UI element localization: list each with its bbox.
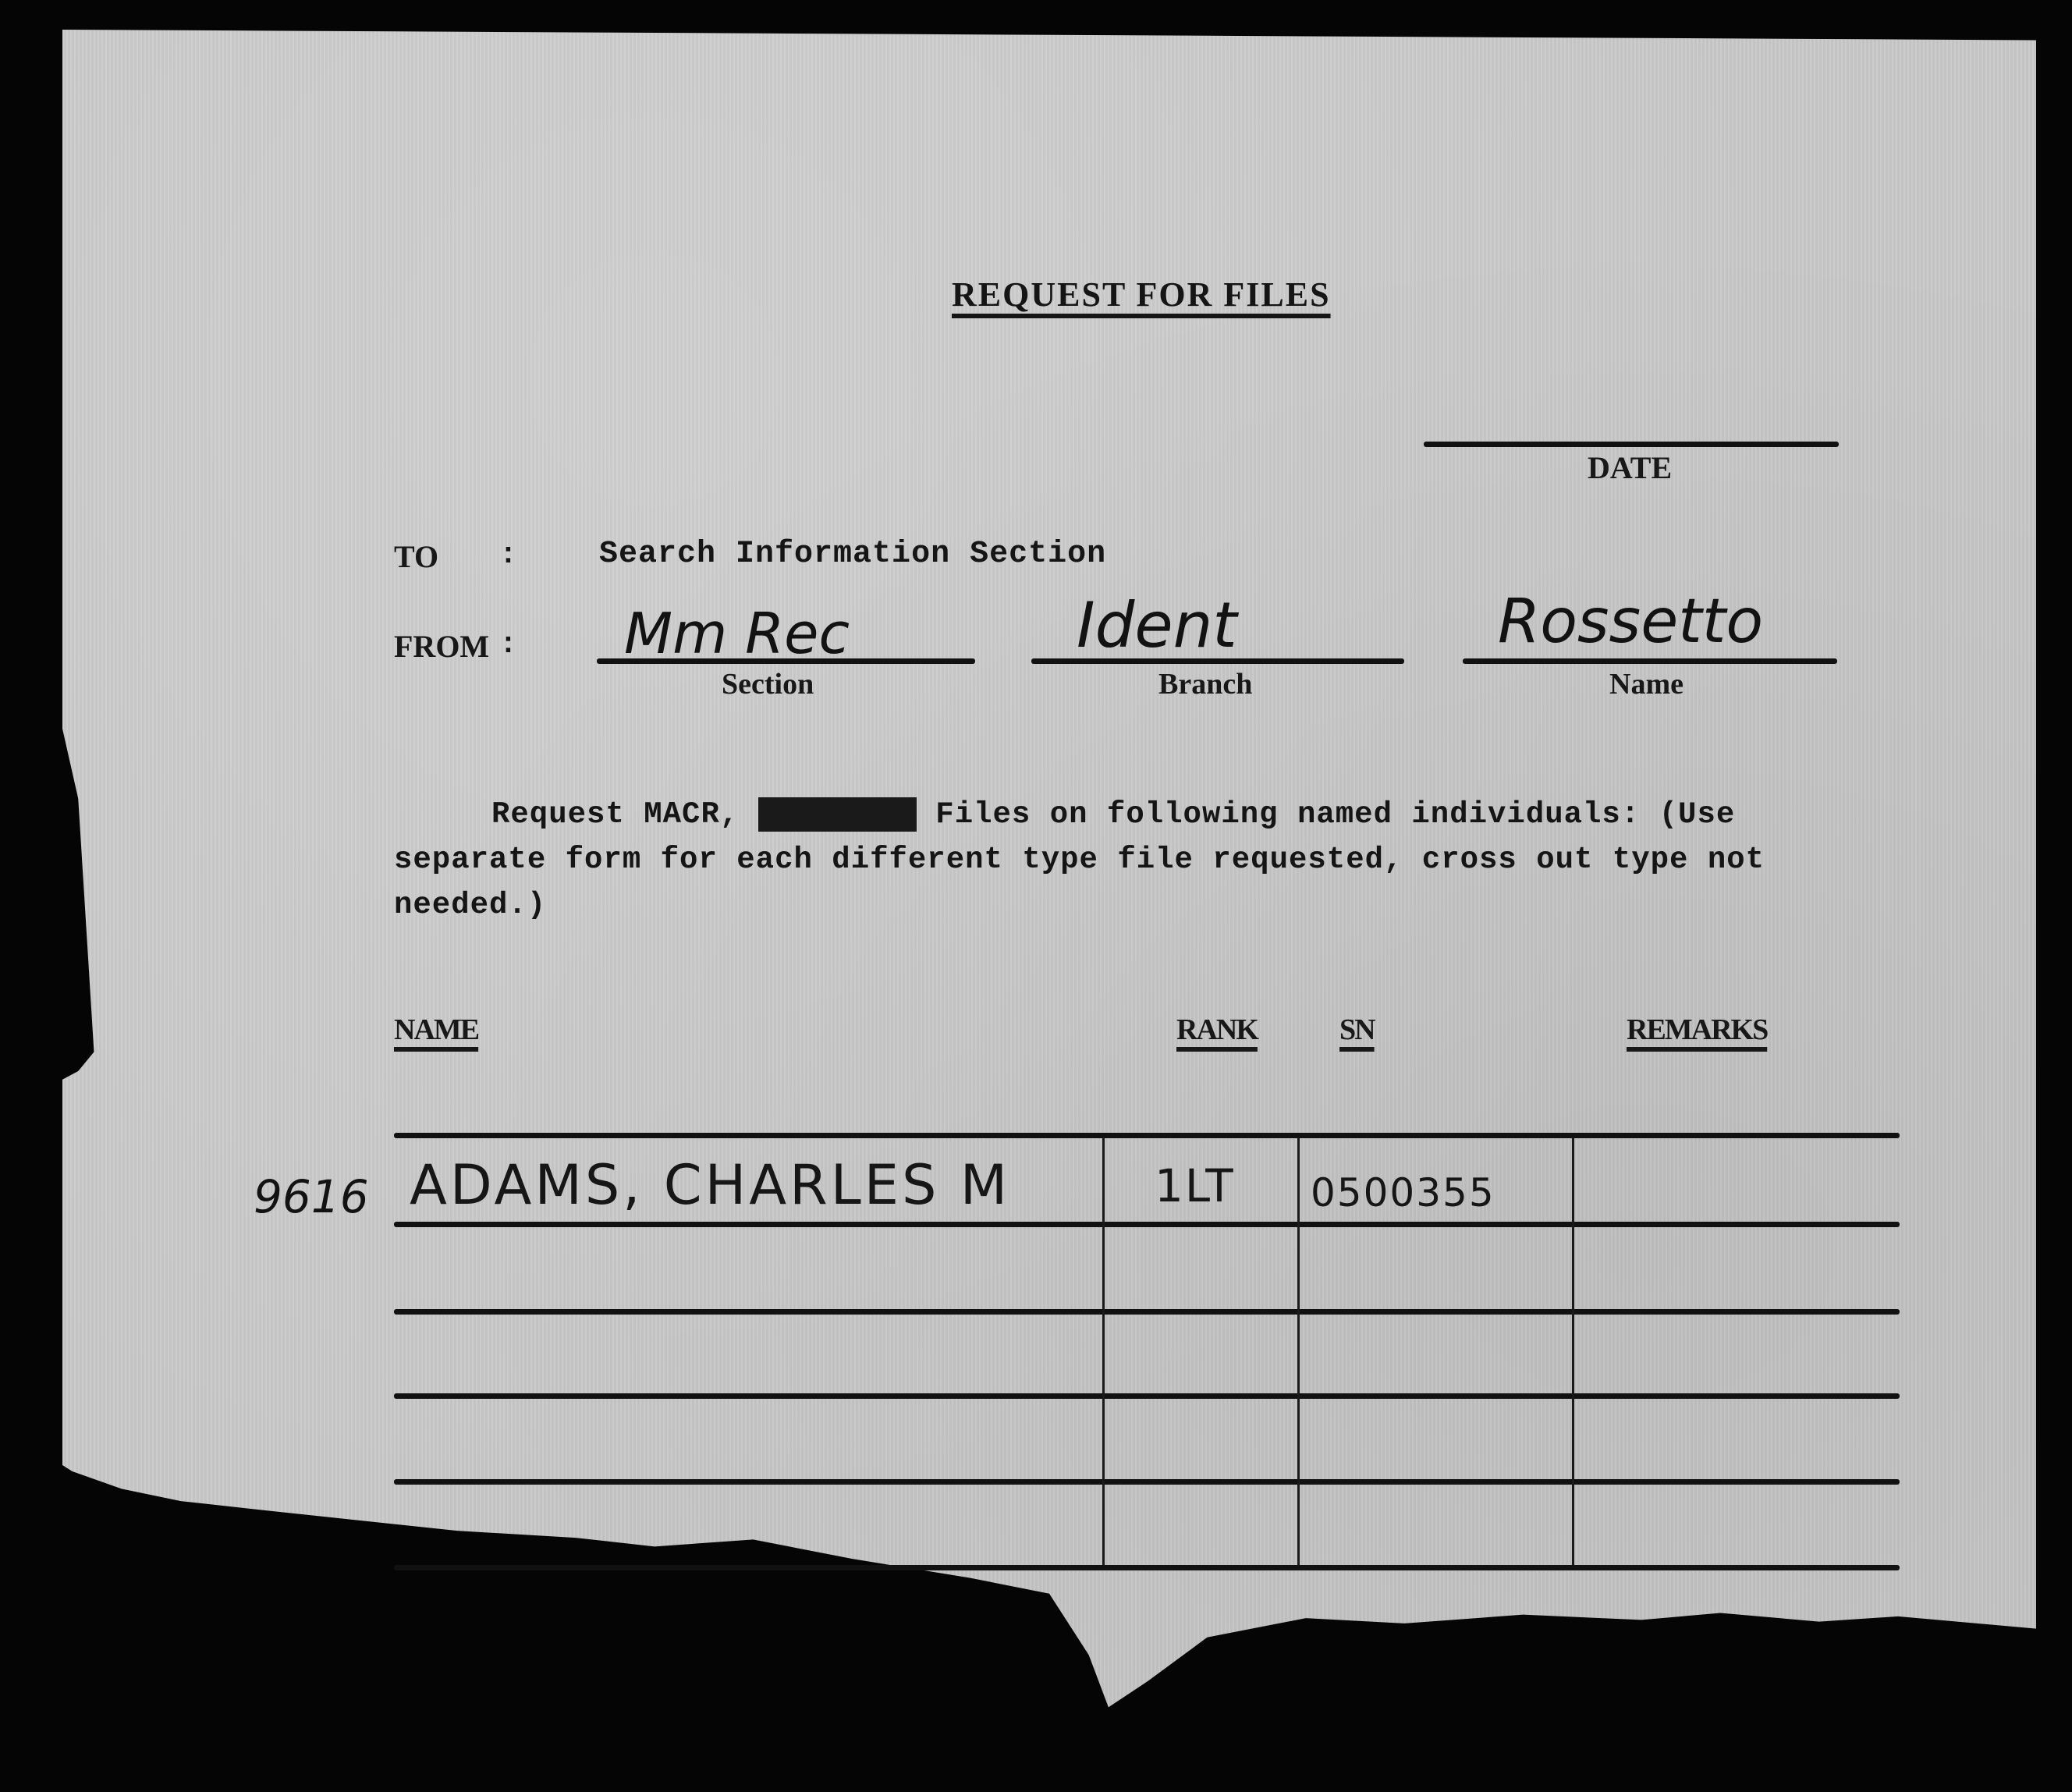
from-section-line (597, 658, 975, 664)
table-row[interactable] (394, 1485, 1900, 1565)
from-branch-label: Branch (1158, 667, 1252, 701)
form-title: REQUEST FOR FILES (952, 275, 1331, 314)
date-label: DATE (1588, 449, 1672, 486)
row-index-note: 9616 (254, 1170, 369, 1223)
instructions-prefix: Request MACR, (491, 797, 739, 832)
table-rule-0 (394, 1133, 1900, 1138)
column-header-remarks: REMARKS (1627, 1013, 1767, 1047)
instructions-line-1: Request MACR, Casualty Files on followin… (491, 797, 1735, 832)
date-field-line (1424, 442, 1839, 447)
redacted-file-type: Casualty (758, 797, 917, 832)
row-name[interactable]: ADAMS, CHARLES M (410, 1153, 1010, 1217)
column-header-rank: RANK (1176, 1013, 1258, 1047)
instructions-suffix: Files on following named individuals: (U… (935, 797, 1735, 832)
table-row[interactable] (394, 1315, 1900, 1393)
from-name-label: Name (1609, 667, 1683, 701)
row-sn[interactable]: 0500355 (1311, 1170, 1495, 1215)
from-name-value[interactable]: Rossetto (1498, 587, 1763, 657)
from-separator: : (499, 628, 518, 662)
from-branch-value[interactable]: Ident (1077, 589, 1237, 662)
table-rule-2 (394, 1309, 1900, 1315)
table-rule-3 (394, 1393, 1900, 1399)
to-separator: : (499, 538, 518, 572)
from-label: FROM (394, 628, 489, 665)
instructions-line-2: separate form for each different type fi… (394, 843, 1765, 877)
table-rule-1 (394, 1222, 1900, 1227)
to-label: TO (394, 538, 438, 575)
table-rule-5 (394, 1565, 1900, 1570)
from-section-label: Section (722, 667, 814, 701)
instructions-line-3: needed.) (394, 888, 546, 922)
from-branch-line (1031, 658, 1404, 664)
table-row[interactable] (394, 1400, 1900, 1479)
column-header-name: NAME (394, 1013, 478, 1047)
date-value[interactable] (1467, 406, 1779, 437)
from-section-value[interactable]: Mm Rec (624, 601, 850, 666)
table-row[interactable] (394, 1228, 1900, 1309)
to-value: Search Information Section (599, 537, 1106, 572)
from-name-line (1463, 658, 1837, 664)
table-rule-4 (394, 1479, 1900, 1485)
column-header-sn: SN (1339, 1013, 1375, 1047)
row-rank[interactable]: 1LT (1155, 1159, 1235, 1212)
